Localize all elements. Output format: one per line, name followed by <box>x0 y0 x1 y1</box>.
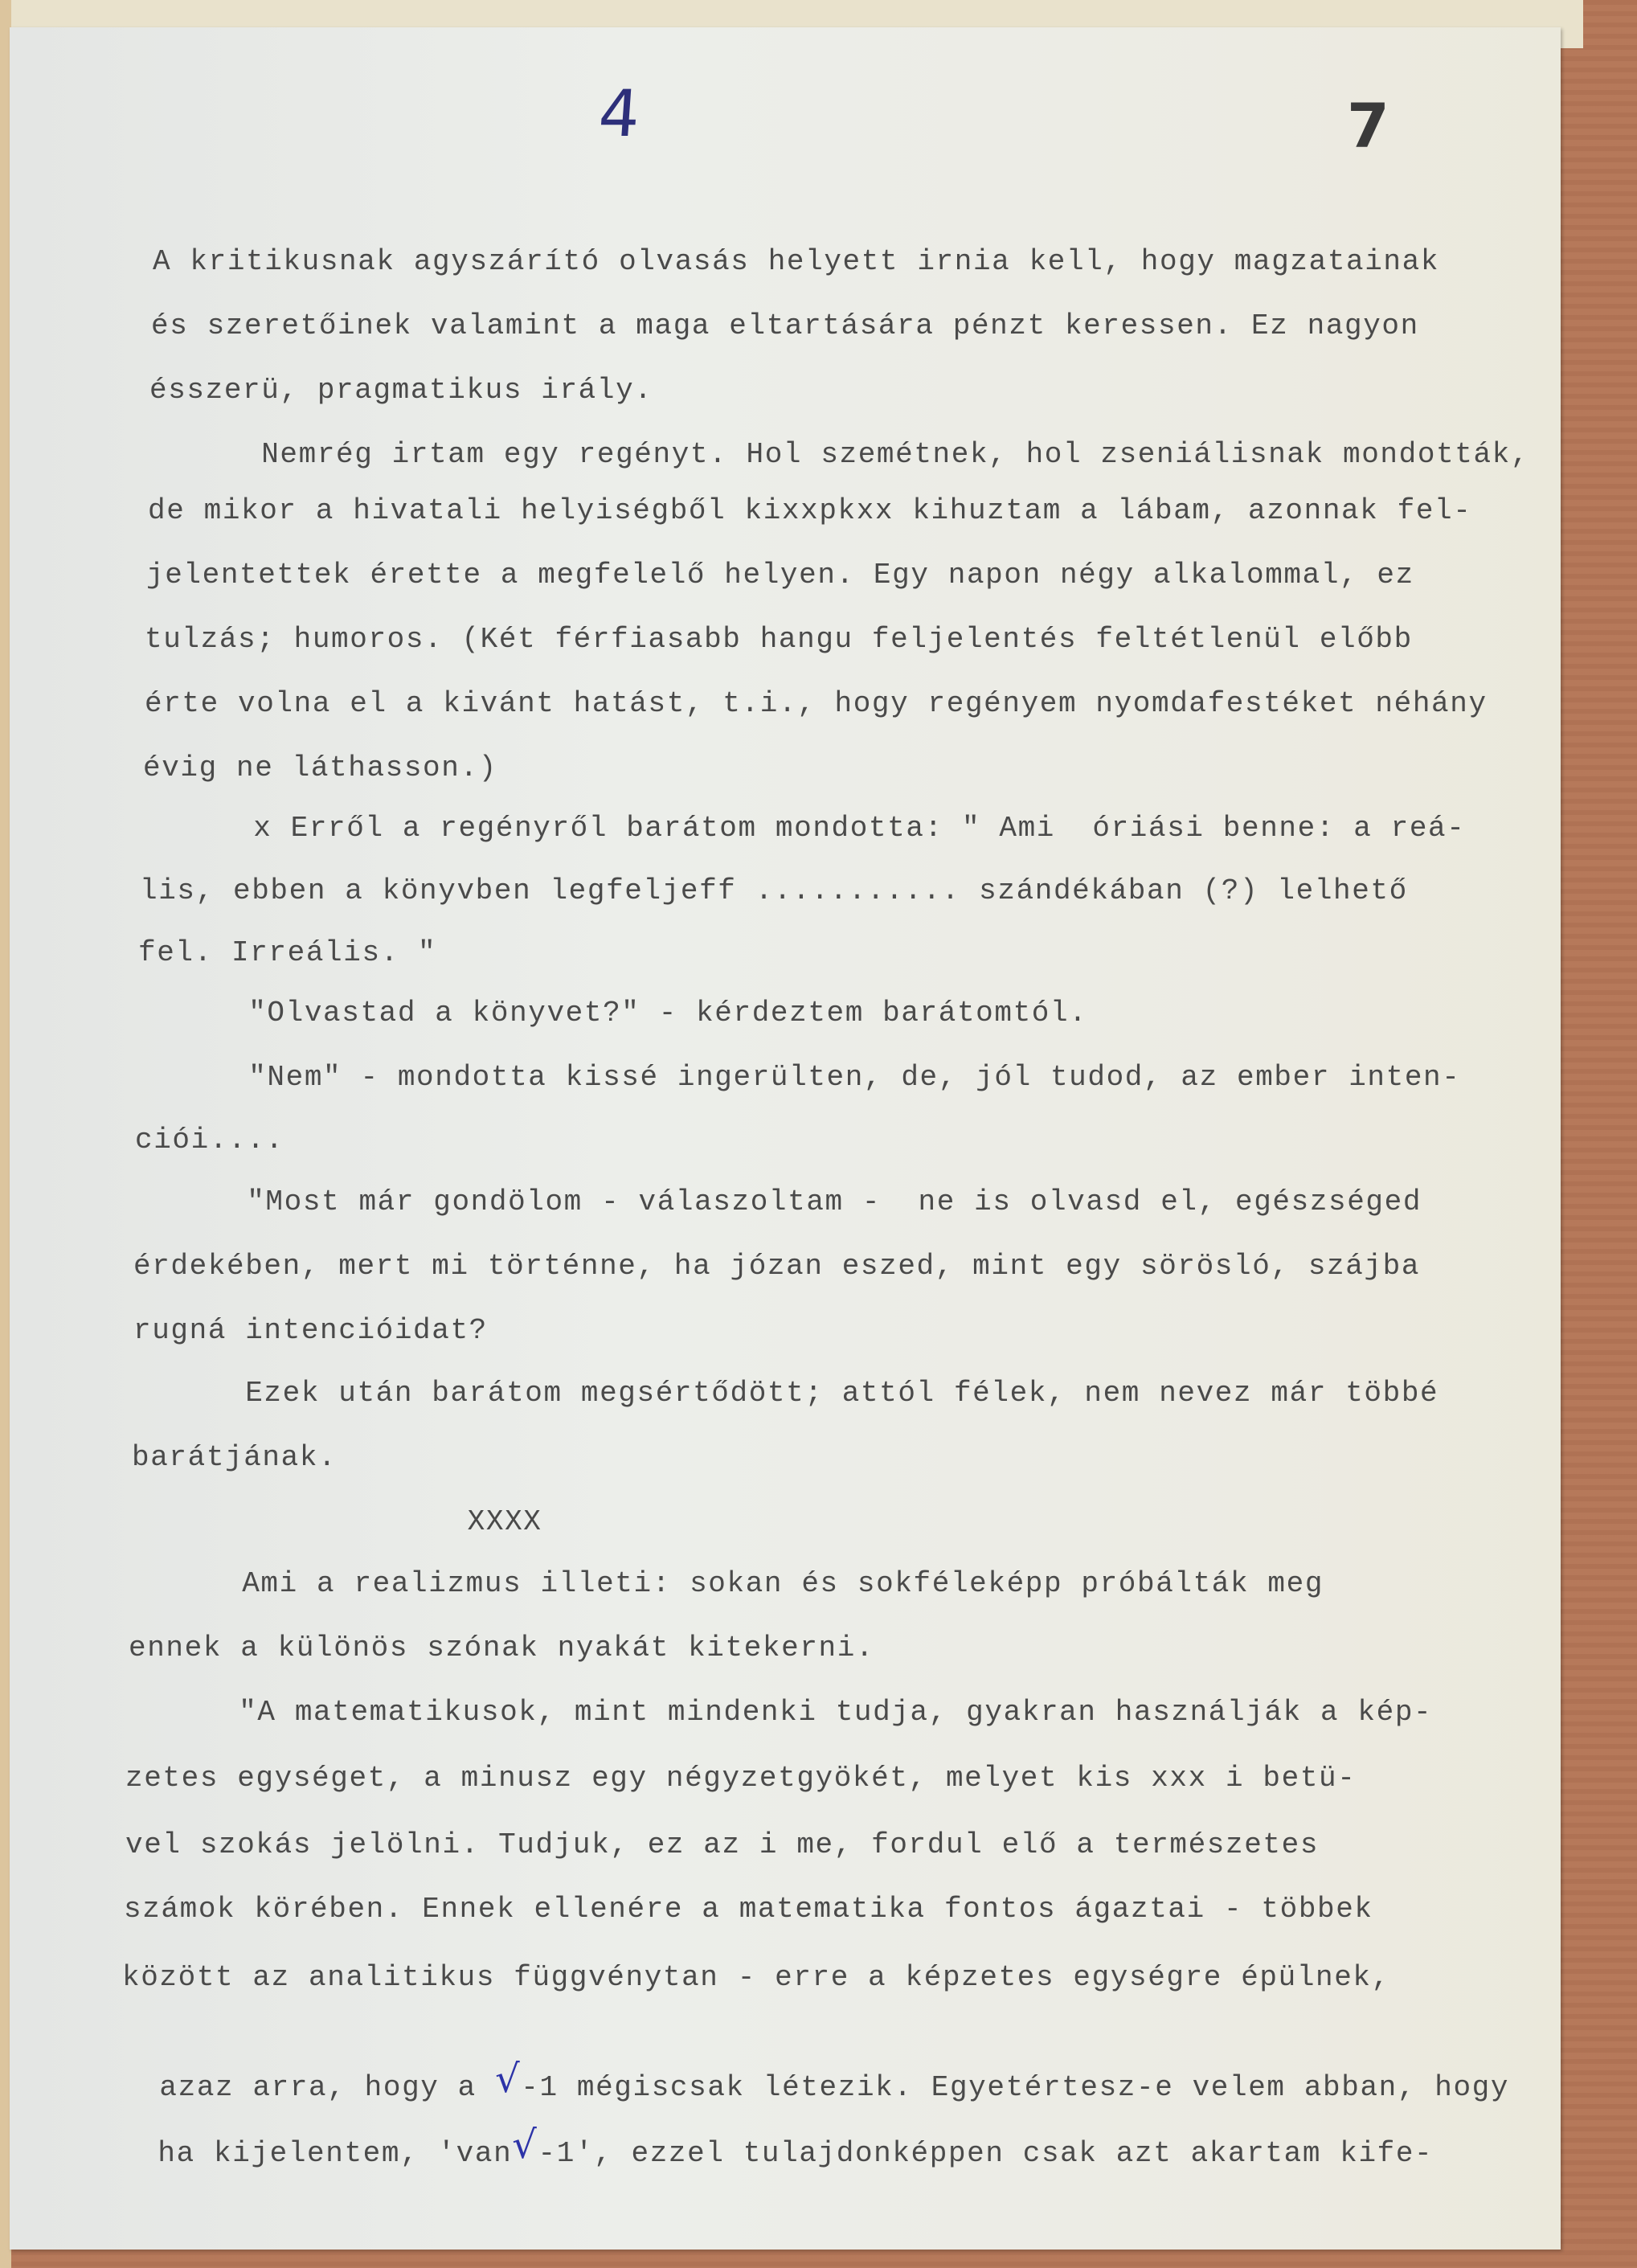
text-line-sqrt-2: ha kijelentem, 'van√-1', ezzel tulajdonk… <box>121 2093 1433 2171</box>
handwritten-page-number-right: 7 <box>1347 90 1389 162</box>
text-line: fel. Irreális. " <box>138 936 436 969</box>
text-line: vel szokás jelölni. Tudjuk, ez az i me, … <box>125 1828 1319 1861</box>
text-line: "Most már gondölom - válaszoltam - ne is… <box>135 1185 1422 1218</box>
text-line: számok körében. Ennek ellenére a matemat… <box>124 1893 1373 1926</box>
handwritten-page-number-left: 4 <box>596 76 642 151</box>
text-line: ésszerü, pragmatikus irály. <box>149 374 653 407</box>
text-line: Ezek után barátom megsértődött; attól fé… <box>133 1377 1439 1410</box>
text-line: érdekében, mert mi történne, ha józan es… <box>133 1250 1420 1283</box>
text-fragment: ha kijelentem, 'van <box>158 2137 512 2170</box>
text-line: rugná intencióidat? <box>133 1314 488 1347</box>
text-line: között az analitikus függvénytan - erre … <box>122 1961 1390 1994</box>
text-line: x Erről a regényről barátom mondotta: " … <box>141 812 1465 845</box>
text-line: tulzás; humoros. (Két férfiasabb hangu f… <box>145 623 1413 656</box>
text-line: zetes egységet, a minusz egy négyzetgyök… <box>125 1762 1356 1795</box>
text-line: barátjának. <box>132 1441 337 1474</box>
text-line: "Nem" - mondotta kissé ingerülten, de, j… <box>137 1061 1460 1094</box>
text-fragment: -1', ezzel tulajdonképpen csak azt akart… <box>538 2137 1433 2170</box>
text-line: XXXX <box>132 1505 542 1538</box>
text-line: jelentettek érette a megfelelő helyen. E… <box>146 559 1414 592</box>
text-line: "A matematikusok, mint mindenki tudja, g… <box>127 1696 1432 1729</box>
text-line: ciói.... <box>135 1124 284 1157</box>
text-line: de mikor a hivatali helyiségből kixxpkxx… <box>148 494 1471 527</box>
text-line: érte volna el a kivánt hatást, t.i., hog… <box>145 687 1488 720</box>
text-line: A kritikusnak agyszárító olvasás helyett… <box>153 245 1439 278</box>
text-line: ennek a különös szónak nyakát kitekerni. <box>129 1631 874 1664</box>
text-line: "Olvastad a könyvet?" - kérdeztem baráto… <box>137 997 1087 1030</box>
text-line: lis, ebben a könyvben legfeljeff .......… <box>140 874 1408 907</box>
text-line: Nemrég irtam egy regényt. Hol szemétnek,… <box>149 438 1529 471</box>
handwritten-sqrt-icon: √ <box>512 2123 538 2168</box>
text-line: évig ne láthasson.) <box>143 751 497 784</box>
text-line: és szeretőinek valamint a maga eltartásá… <box>151 309 1419 342</box>
text-line: Ami a realizmus illeti: sokan és sokféle… <box>130 1567 1324 1600</box>
